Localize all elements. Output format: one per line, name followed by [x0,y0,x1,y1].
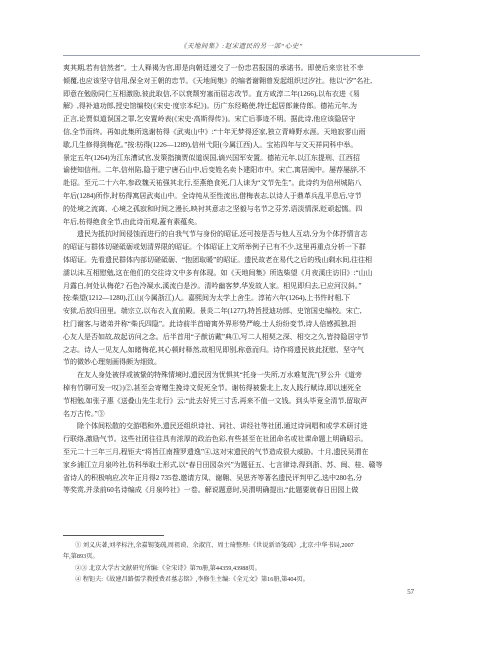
footnote-separator-rule [63,535,164,536]
footnote-line: 年,第893页。 [63,551,420,562]
text-line: 即意在勉励同仁互相激励,彼此取信,不以衰颓穷塞而屈志改节。直方咸淳二年(1266… [63,88,420,101]
footnotes: ① 刘义庆著,刘孝标注,余嘉锡笺疏,周祖谟、余淑宜、周士琦整理:《世说新语笺疏》… [63,540,420,586]
footnote-line: ① 刘义庆著,刘孝标注,余嘉锡笺疏,周祖谟、余淑宜、周士琦整理:《世说新语笺疏》… [63,540,420,551]
text-line: 倾覆,也应该坚守信用,保全对王朝的忠节。《天地间集》的编者谢翱曾发起组织过汐社。… [63,75,420,88]
text-line: 遗民为抵抗时间侵蚀而进行的自我气节与身份的昭证,还可按是否与他人互动,分为个体抒… [63,228,420,241]
text-line: 爽其期,若有信然者”。士人释褐为官,即是向朝廷递交了一份忠君报国的承诺书。即使后… [63,62,420,75]
text-line: 年后,枋得绝食全节,由此诗而观,蓋有素蕴矣。 [63,216,420,229]
text-line: 名万古传。”③ [63,408,420,421]
document-page: 《天地间集》:赵宋遗民的另一部“心史” 爽其期,若有信然者”。士人释褐为官,即是… [0,0,480,647]
body-text: 爽其期,若有信然者”。士人释褐为官,即是向朝廷递交了一份忠君报国的承诺书。即使后… [63,62,420,497]
text-line: 信,全节而终。再如此集所选谢枋得《武夷山中》:“十年无梦得还家,独立青峰野水涯。… [63,126,420,139]
text-line: 月露白,何处认梅花? 石色冷凝水,溪流白是沙。清吟幽客梦,华发故人家。相见即归去… [63,280,420,293]
text-line: 安狱,后放归田里。端宗立,以布衣入直前殿。景炎二年(1277),特旨授迪功郎、史… [63,305,420,318]
text-line: 除个体间松散的交游唱和外,遗民还组织诗社、词社、讲经社等社团,通过诗词唱和或学术… [63,420,420,433]
text-line: 正言,论贾似道误国之罪,乞安置岭表(《宋史·高斯得传》)。宋亡后事迹不明。据此诗… [63,113,420,126]
text-line: 濡以沫,互相慰勉,这在他们的交往诗文中多有体现。如《天地间集》所选柴望《月夜溪庄… [63,267,420,280]
text-line: 赴诏。至元二十六年,参政魏天祐强其北行,至燕绝食死,门人诔为“文节先生”。此诗约… [63,177,420,190]
text-line: 景定五年(1264)为江东漕试官,发策指摘贾似道误国,谪兴国军安置。德祐元年,以… [63,152,420,165]
footnote-line: ②③ 北京大学古文献研究所编:《全宋诗》第70册,第44359,43988页。 [63,563,420,574]
text-line: 心友人是否如故,故起访问之念。后半首用“子猷访戴”典①,写二人相契之深、相交之久… [63,331,420,344]
text-line: 节相勉,如张子惠《送叠山先生北行》云:“此去好凭三寸舌,再来不值一文钱。到头毕竟… [63,395,420,408]
header-rule [63,55,420,56]
text-line: 棹有竹聊可发一叹》)②,甚至会寄赠生挽诗文促死全节。谢枋得被絷北上,友人践行赋诗… [63,382,420,395]
footnote-line: ④ 程钜夫:《故建昌路儒学教授费君墓志铭》,李修生主编:《全元文》第16册,第4… [63,574,420,585]
text-line: 至元二十三年三月,程钜夫“将旨江南搜罗遗逸”④,这对宋遗民的气节造成很大威胁。十… [63,446,420,459]
page-number: 57 [407,589,414,596]
text-line: 节的微妙心理刻画得颇为细致。 [63,356,420,369]
text-line: 体昭证。先看遗民群体内部切磋砥砺、“抱团取暖”的昭证。遗民故老在易代之后的残山剩… [63,254,420,267]
text-line: 谕使知信州。二年,信州陷,隐于建宁唐石山中,后变姓名卖卜建阳市中。宋亡,寓居闽中… [63,164,420,177]
text-line: 歇,几生修得到梅花。”按:枋得(1226—1289),信州弋阳(今属江西)人。宝… [63,139,420,152]
text-line: 解》,得补迪功郎,授史馆编校(《宋史·度宗本纪》)。历广东经略使,特迁起居郎兼侍… [63,100,420,113]
text-line: 在友人身处被俘或被絷的特殊情境时,遗民因为忧惧其“托身一失所,万水难复洗”(罗公… [63,369,420,382]
running-header-title: 《天地间集》:赵宋遗民的另一部“心史” [63,41,420,50]
text-line: 按:柴望(1212—1280),江山(今属浙江)人。嘉熙间为太学上舍生。淳祐六年… [63,292,420,305]
text-line: 省诗人的积极响应,次年正月得2 735卷,邀请方凤、谢翱、吴思齐等著名遗民评判甲… [63,472,420,485]
text-line: 行联络,激励气节。这些社团往往具有浓厚的政治色彩,有些甚至在社团命名或社课命题上… [63,433,420,446]
text-line: 的处境之流离、心境之孤寂和时间之漫长,映衬其意志之坚毅与名节之芬芳,语淡情深,贬… [63,203,420,216]
text-line: 的昭证与群体切磋砥砺或划清界限的昭证。个体昭证上文所举例子已有不少,这里再重点分… [63,241,420,254]
text-line: 家乡浦江立月泉吟社,仿科举取士形式,以“春日田园杂兴”为题征五、七言律诗,得到浙… [63,459,420,472]
text-line: 等奖赏,并录前60名诗编成《月泉吟社》一卷。解说题意时,吴渭明确提出,“此题要就… [63,484,420,497]
text-line: 年后(1284)所作,时枋得寓居武夷山中。全诗纯从至性流出,借梅表志,以诗人于鼎… [63,190,420,203]
text-line: 之志。诗人一见友人,如睹梅花,其心顿时释然,故相见即别,称意而归。诗作将遗民彼此… [63,344,420,357]
text-line: 杜门谢客,与诸弟并称“柴氏四隐”。此诗前半首暗寓外界形势严峻,士人纷纷变节,诗人… [63,318,420,331]
